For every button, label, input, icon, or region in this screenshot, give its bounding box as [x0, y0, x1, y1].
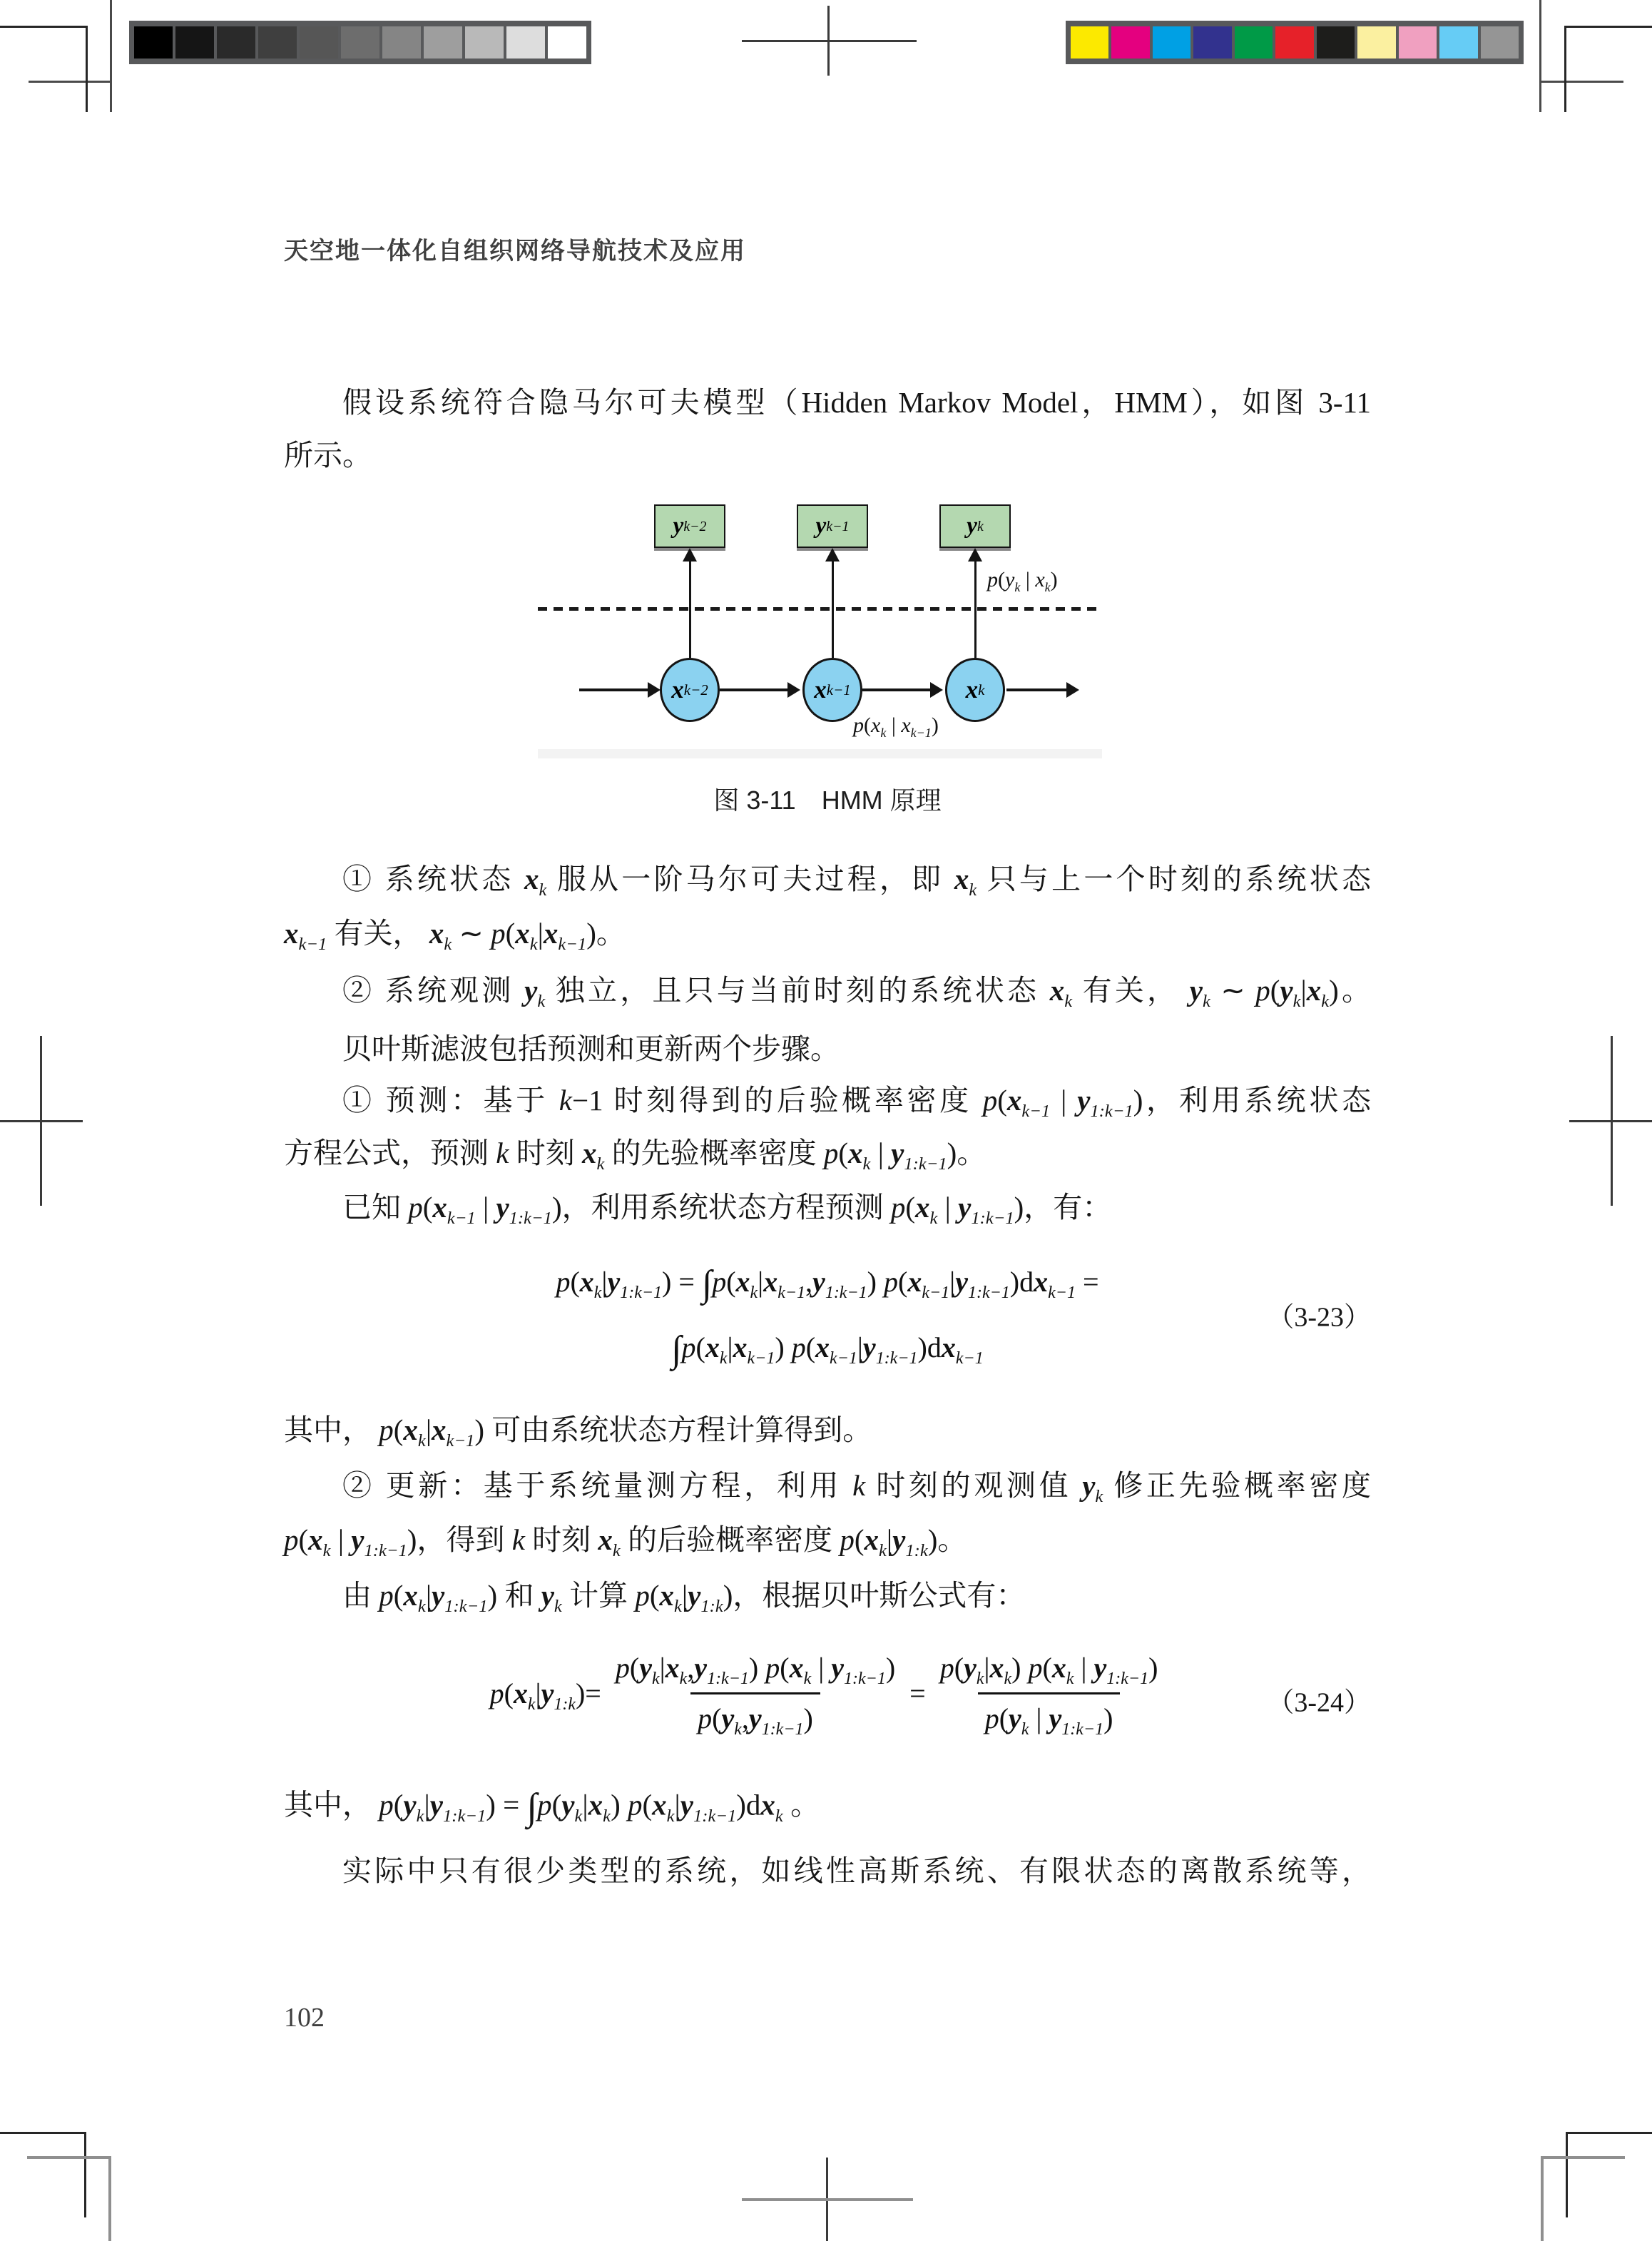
color-swatch: [1071, 26, 1108, 59]
registration-mark: [0, 1120, 83, 1122]
registration-mark: [1566, 26, 1652, 28]
running-head: 天空地一体化自组织网络导航技术及应用: [284, 231, 746, 266]
paragraph-line: 假设系统符合隐马尔可夫模型（Hidden Markov Model，HMM），如…: [284, 384, 1371, 422]
registration-mark: [0, 26, 86, 28]
grayscale-swatch: [258, 26, 297, 59]
arrow-up-icon: [825, 548, 840, 561]
paragraph-line: ① 预测：基于 k−1 时刻得到的后验概率密度 p(xk−1 | y1:k−1)…: [284, 1082, 1371, 1119]
fraction-numerator: p(yk|xk,y1:k−1) p(xk | y1:k−1): [608, 1650, 902, 1692]
registration-mark: [108, 2158, 111, 2241]
registration-mark: [1566, 2132, 1568, 2217]
arrow-up-icon: [968, 548, 982, 561]
equation-line: p(xk|y1:k−1) = ∫p(xk|xk−1,y1:k−1) p(xk−1…: [284, 1260, 1371, 1308]
color-swatch: [1439, 26, 1477, 59]
color-swatch: [1193, 26, 1231, 59]
observed-node-y-k-1: yk−1: [797, 504, 868, 548]
equation-fraction: p(yk|xk,y1:k−1) p(xk | y1:k−1) p(yk,y1:k…: [608, 1650, 902, 1737]
registration-mark: [86, 26, 88, 112]
color-swatch: [1153, 26, 1190, 59]
transition-probability-label: p(xk | xk−1): [853, 713, 939, 738]
fraction-numerator: p(yk|xk) p(xk | y1:k−1): [933, 1650, 1166, 1692]
grayscale-swatch: [506, 26, 545, 59]
color-swatch: [1399, 26, 1437, 59]
transition-arrow-line: [720, 688, 787, 691]
equation-fraction: p(yk|xk) p(xk | y1:k−1) p(yk | y1:k−1): [933, 1650, 1166, 1737]
equation-number: （3-24）: [1267, 1685, 1371, 1720]
equation-number: （3-23）: [1267, 1300, 1371, 1335]
registration-mark: [1540, 81, 1623, 83]
color-calibration-bar: [1066, 21, 1524, 64]
page-number: 102: [284, 2002, 325, 2033]
equation-lhs: p(xk|y1:k)=: [490, 1675, 601, 1712]
registration-mark: [1564, 26, 1566, 112]
figure-scan-strip: [538, 749, 1102, 758]
color-swatch: [1111, 26, 1149, 59]
grayscale-swatch: [424, 26, 462, 59]
equation-line: ∫p(xk|xk−1) p(xk−1|y1:k−1)dxk−1: [284, 1326, 1371, 1374]
figure-caption: 图 3-11 HMM 原理: [284, 781, 1371, 817]
equation-equals: =: [909, 1675, 926, 1712]
transition-arrow-line: [862, 688, 930, 691]
paragraph-line: 方程公式，预测 k 时刻 xk 的先验概率密度 p(xk | y1:k−1)。: [284, 1134, 1371, 1172]
registration-mark: [84, 2132, 86, 2217]
grayscale-swatch: [134, 26, 173, 59]
paragraph-line: 其中， p(yk|y1:k−1) = ∫p(yk|xk) p(xk|y1:k−1…: [284, 1782, 1371, 1831]
state-node-x-k-1: xk−1: [802, 658, 862, 722]
fraction-denominator: p(yk,y1:k−1): [690, 1692, 820, 1737]
arrow-right-icon: [787, 682, 800, 698]
paragraph-line: p(xk | y1:k−1)，得到 k 时刻 xk 的后验概率密度 p(xk|y…: [284, 1521, 1371, 1559]
color-swatch: [1317, 26, 1355, 59]
equation-3-24: p(xk|y1:k)= p(yk|xk,y1:k−1) p(xk | y1:k−…: [284, 1650, 1371, 1757]
grayscale-swatch: [300, 26, 338, 59]
color-swatch: [1357, 26, 1395, 59]
paragraph-line: xk−1 有关， xk ∼ p(xk|xk−1)。: [284, 915, 1371, 952]
registration-mark: [1566, 2132, 1652, 2134]
arrow-up-icon: [683, 548, 697, 561]
registration-mark: [27, 2156, 111, 2159]
grayscale-swatch: [217, 26, 255, 59]
registration-mark: [1569, 1120, 1652, 1122]
grayscale-swatch: [175, 26, 214, 59]
registration-mark: [1539, 0, 1541, 112]
equation-3-23: p(xk|y1:k−1) = ∫p(xk|xk−1,y1:k−1) p(xk−1…: [284, 1257, 1371, 1378]
registration-mark: [742, 40, 917, 42]
arrow-right-icon: [1066, 682, 1079, 698]
transition-arrow-line: [579, 688, 648, 691]
paragraph-line: 实际中只有很少类型的系统，如线性高斯系统、有限状态的离散系统等，: [284, 1852, 1371, 1890]
color-swatch: [1481, 26, 1519, 59]
registration-mark: [0, 2132, 86, 2134]
transition-arrow-line: [1006, 688, 1066, 691]
paragraph-line: ② 更新：基于系统量测方程，利用 k 时刻的观测值 yk 修正先验概率密度: [284, 1467, 1371, 1505]
paragraph-line: 其中， p(xk|xk−1) 可由系统状态方程计算得到。: [284, 1411, 1371, 1449]
grayscale-swatch: [548, 26, 586, 59]
grayscale-swatch: [341, 26, 379, 59]
grayscale-calibration-bar: [129, 21, 591, 64]
paragraph-line: 由 p(xk|y1:k−1) 和 yk 计算 p(xk|y1:k)，根据贝叶斯公…: [284, 1577, 1371, 1615]
arrow-right-icon: [648, 682, 661, 698]
registration-mark: [1541, 2158, 1544, 2241]
color-swatch: [1275, 26, 1313, 59]
book-page: 天空地一体化自组织网络导航技术及应用 假设系统符合隐马尔可夫模型（Hidden …: [0, 0, 1652, 2241]
registration-mark: [29, 81, 112, 83]
state-node-x-k: xk: [945, 658, 1005, 722]
color-swatch: [1235, 26, 1273, 59]
fraction-denominator: p(yk | y1:k−1): [978, 1692, 1121, 1737]
paragraph-line: 贝叶斯滤波包括预测和更新两个步骤。: [284, 1030, 1371, 1068]
paragraph-line: ① 系统状态 xk 服从一阶马尔可夫过程，即 xk 只与上一个时刻的系统状态: [284, 860, 1371, 898]
dashed-separator-line: [538, 607, 1102, 611]
equation-line: p(xk|y1:k)= p(yk|xk,y1:k−1) p(xk | y1:k−…: [284, 1650, 1371, 1737]
observed-node-y-k: yk: [939, 504, 1011, 548]
grayscale-swatch: [465, 26, 504, 59]
arrow-right-icon: [930, 682, 943, 698]
paragraph-line: ② 系统观测 yk 独立，且只与当前时刻的系统状态 xk 有关， yk ∼ p(…: [284, 972, 1371, 1010]
state-node-x-k-2: xk−2: [660, 658, 720, 722]
registration-mark: [1541, 2156, 1625, 2159]
registration-mark: [110, 0, 112, 112]
emission-probability-label: p(yk | xk): [987, 568, 1058, 592]
observed-node-y-k-2: yk−2: [654, 504, 725, 548]
paragraph-line: 所示。: [284, 437, 1371, 474]
paragraph-line: 已知 p(xk−1 | y1:k−1)，利用系统状态方程预测 p(xk | y1…: [284, 1189, 1371, 1226]
grayscale-swatch: [382, 26, 421, 59]
registration-mark: [742, 2198, 913, 2201]
